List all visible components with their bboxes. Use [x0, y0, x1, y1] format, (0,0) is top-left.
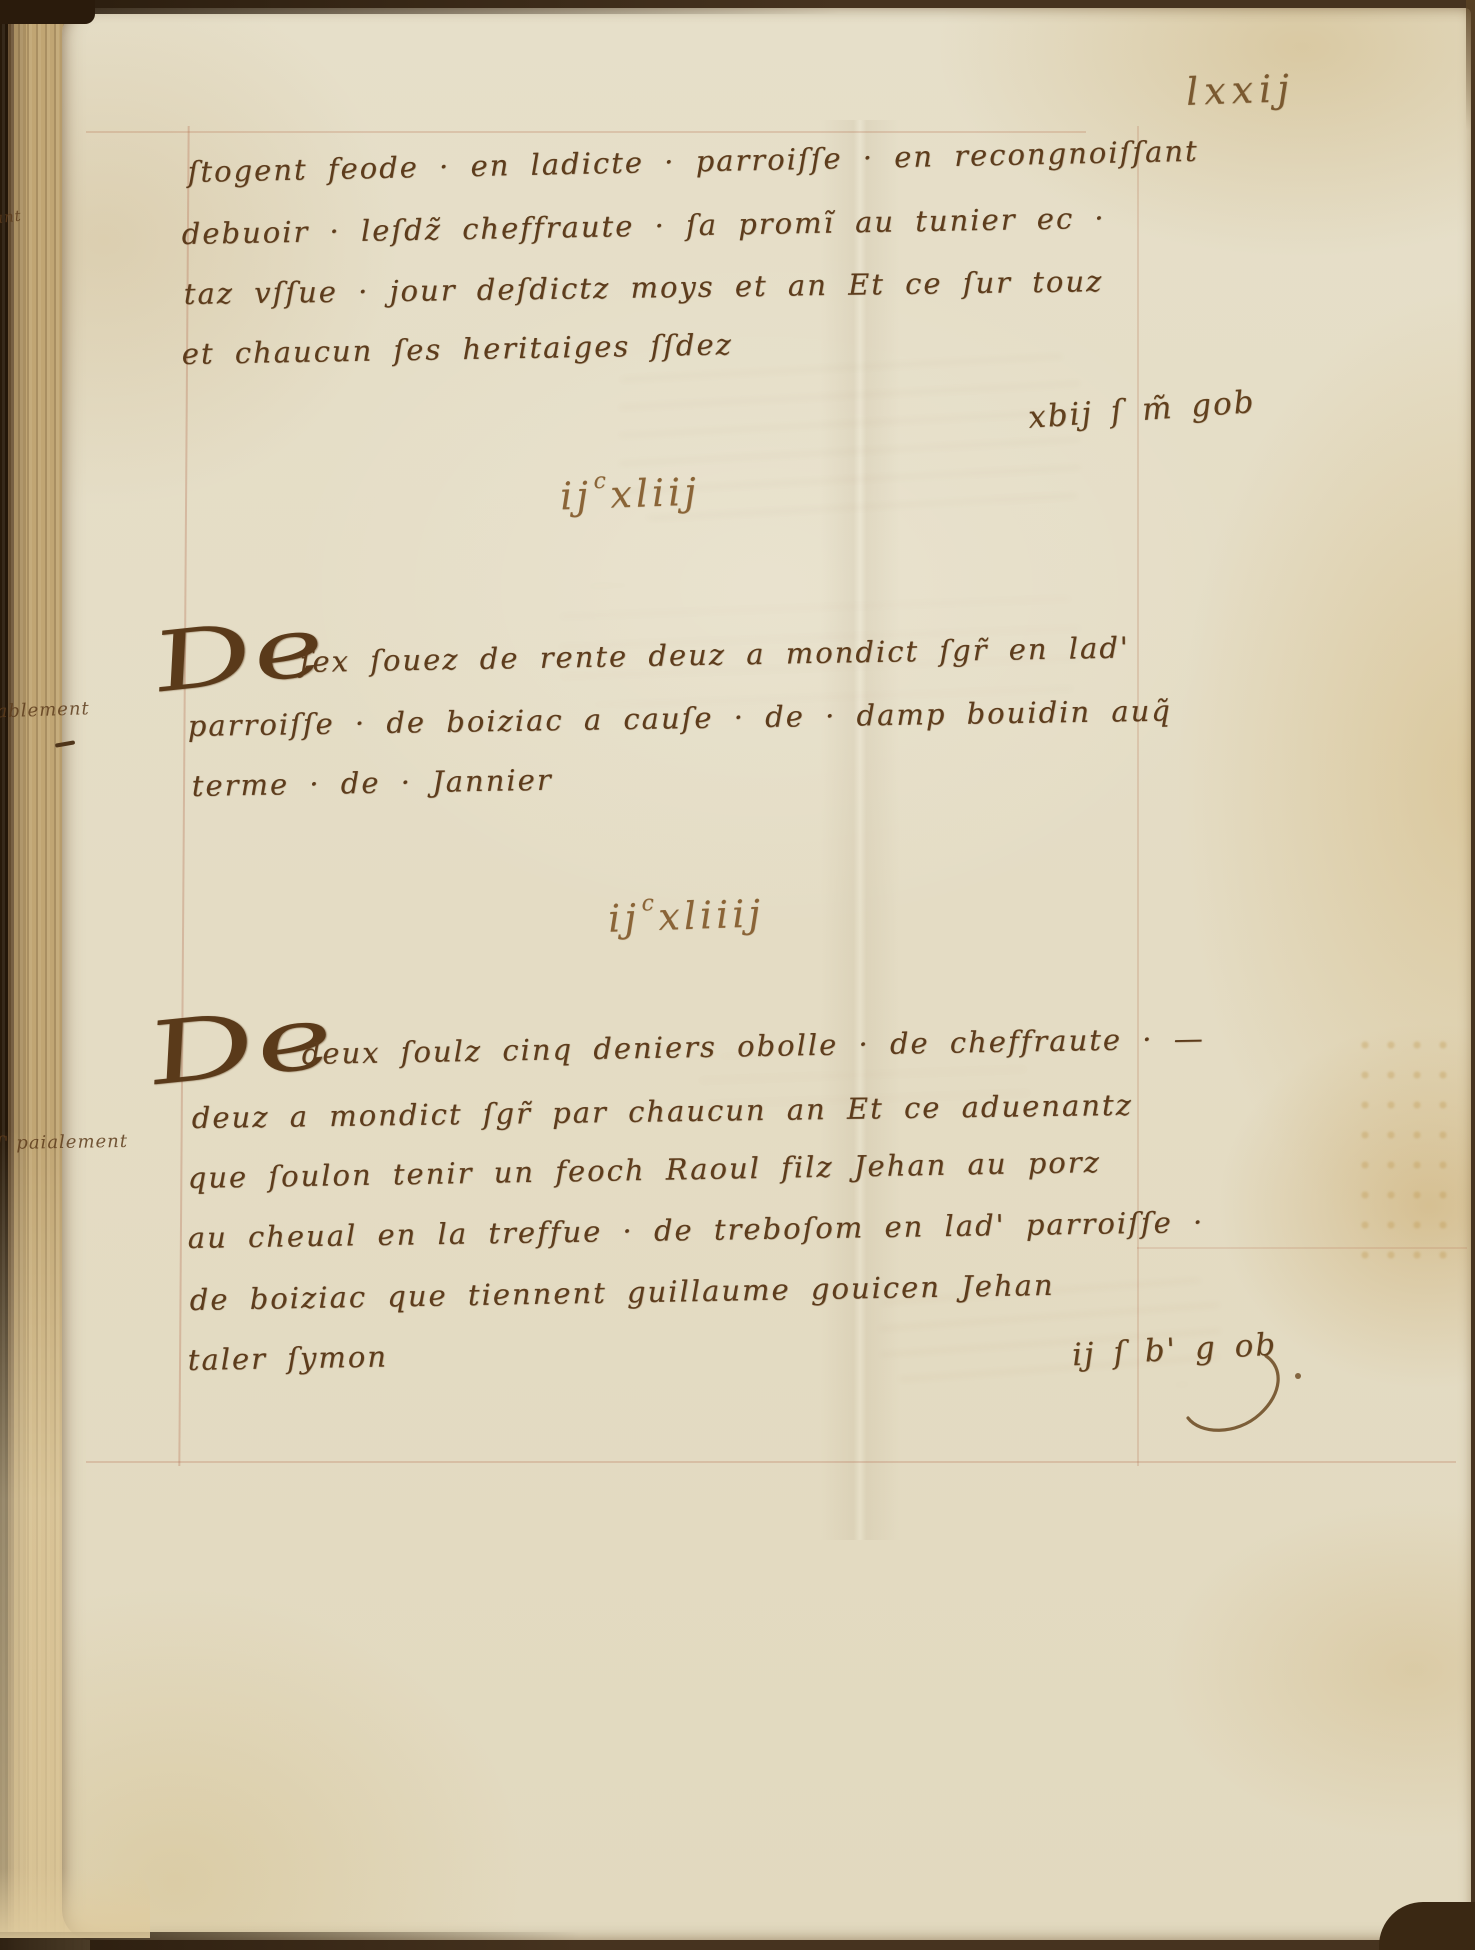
flourish-stroke	[1148, 1348, 1328, 1452]
number-superscript: c	[641, 891, 654, 916]
text-line: terme · de · Jannier	[191, 766, 552, 801]
folio-number: lxxij	[1185, 66, 1295, 114]
manuscript-photo: lxxij ſtogent feode · en ladicte · parro…	[0, 0, 1475, 1950]
entry-number-heading-2: ijcxliiij	[607, 887, 765, 940]
number-rest: xliiij	[658, 891, 765, 939]
stain-dot-cluster	[1352, 1030, 1456, 1275]
margin-note: ſ' paialement	[0, 1131, 128, 1154]
text-line: taler ſymon	[187, 1343, 388, 1375]
entry-number-heading-1: ijcxliij	[559, 466, 701, 519]
number-rest: xliij	[610, 470, 701, 517]
number-base: ij	[607, 896, 640, 941]
margin-note: dablement	[0, 698, 90, 723]
margin-note: ant	[0, 207, 23, 228]
photo-edge-top-right	[1466, 0, 1475, 130]
number-superscript: c	[593, 469, 606, 494]
photo-edge-top	[0, 0, 840, 14]
page-stack-bottom-left	[0, 1868, 150, 1938]
number-base: ij	[559, 473, 592, 518]
photo-corner-top-left	[0, 0, 95, 24]
